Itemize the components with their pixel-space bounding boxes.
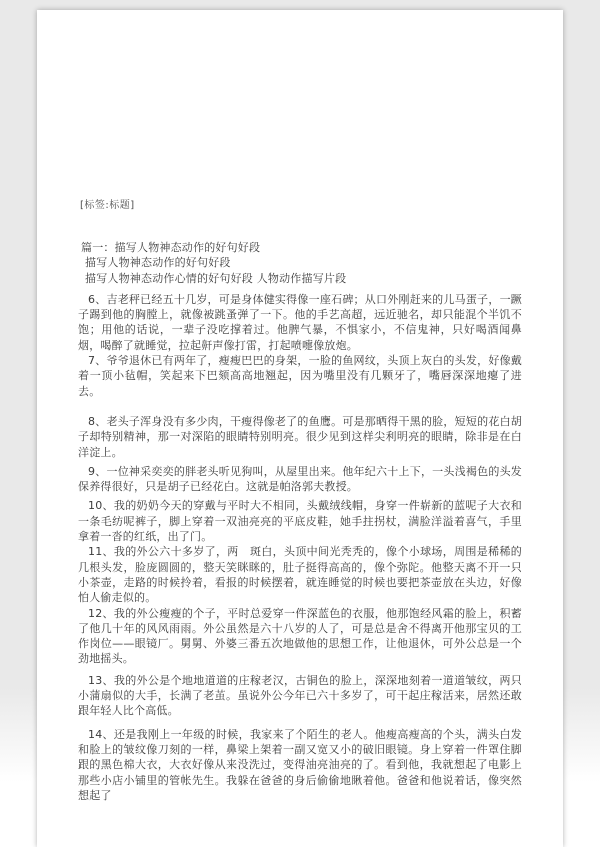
document-canvas: [标签:标题] 篇一：描写人物神态动作的好句好段 描写人物神态动作的好句好段 描… bbox=[0, 0, 600, 847]
paragraph: 14、还是我刚上一年级的时候，我家来了个陌生的老人。他瘦高瘦高的个头，满头白发和… bbox=[78, 727, 522, 803]
document-title-line: 篇一：描写人物神态动作的好句好段 bbox=[78, 240, 522, 255]
paragraph: 7、爷爷退休已有两年了，瘦瘦巴巴的身架，一脸的鱼网纹，头顶上灰白的头发，好像戴着… bbox=[78, 353, 522, 399]
tag-header: [标签:标题] bbox=[80, 196, 135, 211]
paragraph: 10、我的奶奶今天的穿戴与平时大不相同，头戴绒线帽，身穿一件崭新的蓝呢子大衣和一… bbox=[78, 498, 522, 544]
paragraph: 12、我的外公瘦瘦的个子，平时总爱穿一件深蓝色的衣服，他那饱经风霜的脸上，积蓄了… bbox=[78, 606, 522, 667]
document-title-line: 描写人物神态动作的好句好段 bbox=[78, 255, 522, 270]
document-page: [标签:标题] 篇一：描写人物神态动作的好句好段 描写人物神态动作的好句好段 描… bbox=[37, 10, 563, 847]
document-body: 篇一：描写人物神态动作的好句好段 描写人物神态动作的好句好段 描写人物神态动作心… bbox=[78, 240, 522, 803]
paragraph: 13、我的外公是个地地道道的庄稼老汉，古铜色的脸上，深深地刻着一道道皱纹，两只小… bbox=[78, 673, 522, 719]
paragraph: 11、我的外公六十多岁了，两 斑白，头顶中间光秃秃的，像个小球场，周围是稀稀的几… bbox=[78, 544, 522, 605]
paragraph: 8、老头子浑身没有多少肉，干瘦得像老了的鱼鹰。可是那晒得干黑的脸，短短的花白胡子… bbox=[78, 414, 522, 460]
document-title-line: 描写人物神态动作心情的好句好段 人物动作描写片段 bbox=[78, 271, 522, 286]
paragraph: 9、一位神采奕奕的胖老头听见狗叫，从屋里出来。他年纪六十上下，一头浅褐色的头发保… bbox=[78, 464, 522, 495]
paragraph: 6、吉老秤已经五十几岁，可是身体健实得像一座石碑；从口外刚赶来的儿马蛋子，一蹶子… bbox=[78, 292, 522, 353]
